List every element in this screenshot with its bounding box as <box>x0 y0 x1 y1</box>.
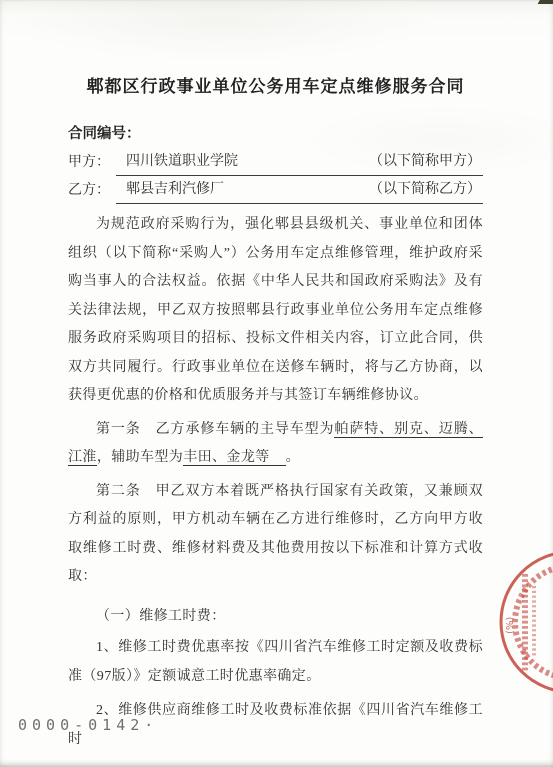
fee-item-1: 1、维修工时费优惠率按《四川省汽车维修工时定额及收费标准（97版）》定额诚意工时… <box>68 634 483 691</box>
contract-number-label: 合同编号： <box>68 120 483 148</box>
scan-corner-artifact <box>538 0 553 4</box>
party-a-name: 四川铁道职业学院 <box>116 148 238 175</box>
article-1-mid: ，辅助车型为 <box>97 450 183 465</box>
red-seal-stamp-icon: (%) <box>497 546 553 698</box>
preamble-paragraph: 为规范政府采购行为，强化郫县县级机关、事业单位和团体组织（以下简称“采购人”）公… <box>68 211 483 411</box>
party-b-name: 郫县吉利汽修厂 <box>116 176 224 203</box>
scanned-contract-page: 郫都区行政事业单位公务用车定点维修服务合同 合同编号： 甲方： 四川铁道职业学院… <box>0 0 553 767</box>
party-a-alias: （以下简称甲方） <box>369 148 483 175</box>
party-a-underline: 四川铁道职业学院 （以下简称甲方） <box>116 148 483 176</box>
contract-title: 郫都区行政事业单位公务用车定点维修服务合同 <box>68 74 483 100</box>
party-b-alias: （以下简称乙方） <box>369 176 483 203</box>
contract-body: 郫都区行政事业单位公务用车定点维修服务合同 合同编号： 甲方： 四川铁道职业学院… <box>68 0 483 754</box>
vehicle-models-secondary: 丰田、金龙等 <box>183 450 285 466</box>
article-1-lead: 第一条 乙方承修车辆的主导车型为 <box>96 422 334 437</box>
party-b-underline: 郫县吉利汽修厂 （以下简称乙方） <box>116 176 483 204</box>
party-a-row: 甲方： 四川铁道职业学院 （以下简称甲方） <box>68 148 483 176</box>
article-1-tail: 。 <box>286 450 300 465</box>
page-serial-stamp: 0000-0142· <box>18 716 158 734</box>
svg-text:(%): (%) <box>505 617 516 634</box>
fee-section-heading: （一）维修工时费： <box>68 603 483 632</box>
party-b-row: 乙方： 郫县吉利汽修厂 （以下简称乙方） <box>68 176 483 204</box>
article-1-paragraph: 第一条 乙方承修车辆的主导车型为帕萨特、别克、迈腾、江淮，辅助车型为丰田、金龙等… <box>68 416 483 473</box>
party-a-label: 甲方： <box>68 149 116 176</box>
party-b-label: 乙方： <box>68 177 116 204</box>
article-2-paragraph: 第二条 甲乙双方本着既严格执行国家有关政策，又兼顾双方利益的原则，甲方机动车辆在… <box>68 478 483 592</box>
